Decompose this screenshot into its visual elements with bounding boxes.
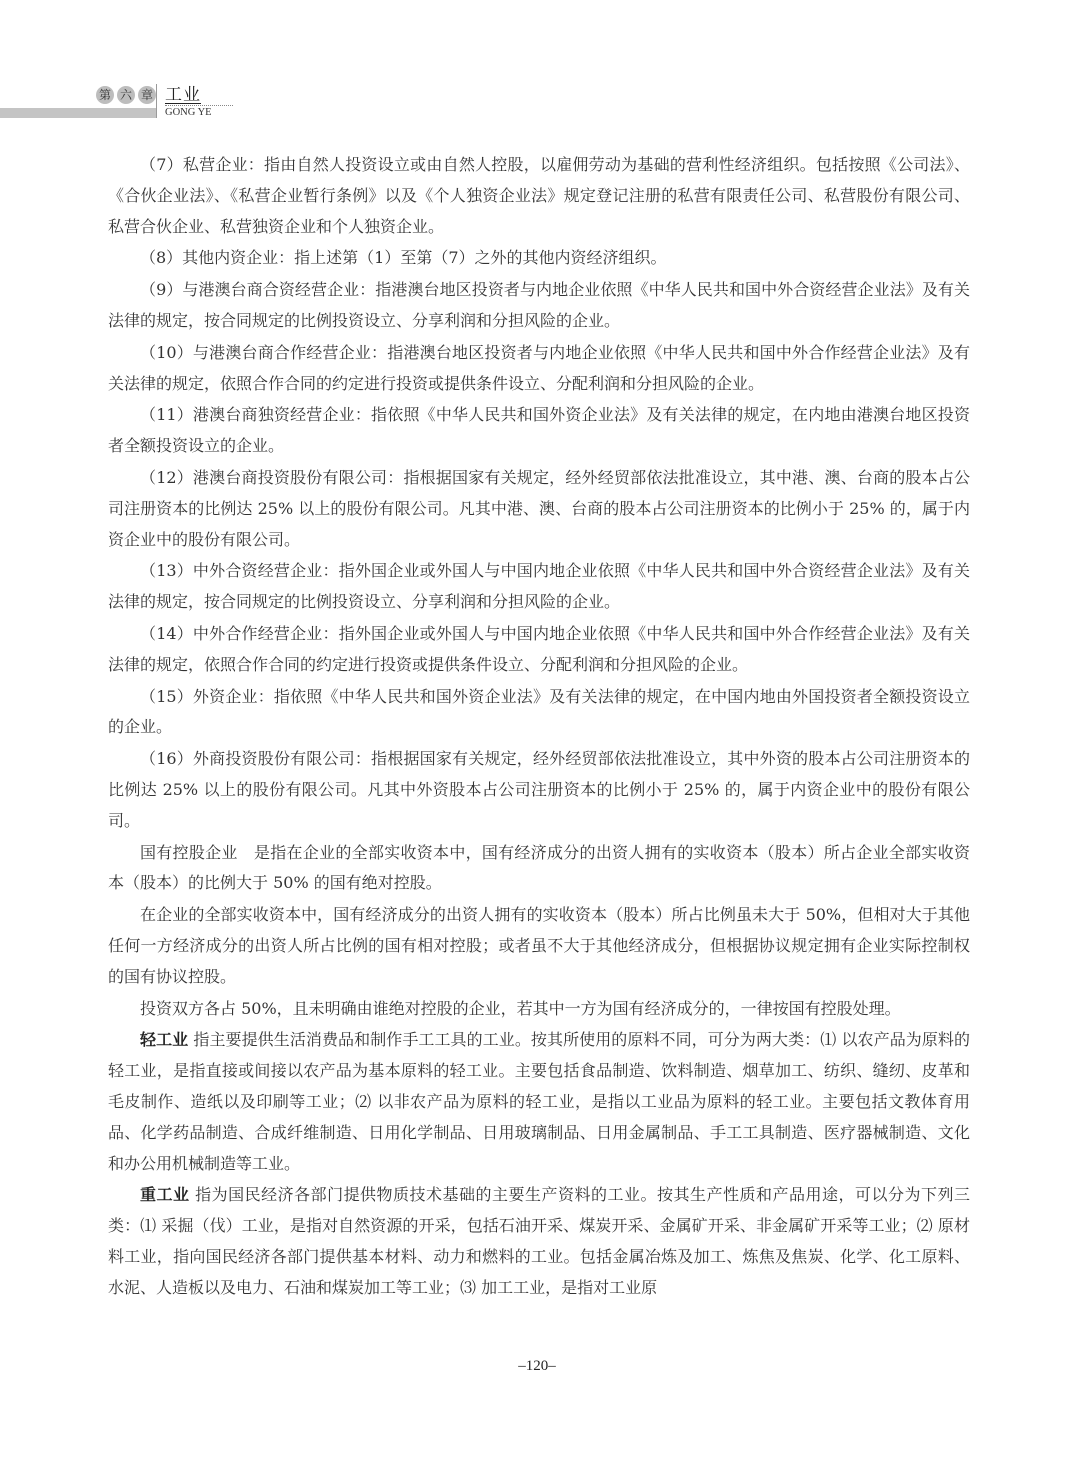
paragraph: （16）外商投资股份有限公司：指根据国家有关规定，经外经贸部依法批准设立，其中外… — [108, 744, 970, 836]
paragraph-light-industry: 轻工业 指主要提供生活消费品和制作手工工具的工业。按其所使用的原料不同，可分为两… — [108, 1025, 970, 1179]
paragraph-heavy-industry: 重工业 指为国民经济各部门提供物质技术基础的主要生产资料的工业。按其生产性质和产… — [108, 1180, 970, 1303]
term-heading: 重工业 — [140, 1185, 190, 1204]
paragraph: （10）与港澳台商合作经营企业：指港澳台地区投资者与内地企业依照《中华人民共和国… — [108, 338, 970, 400]
paragraph-text: （14）中外合作经营企业：指外国企业或外国人与中国内地企业依照《中华人民共和国中… — [108, 624, 970, 674]
paragraph-text: （10）与港澳台商合作经营企业：指港澳台地区投资者与内地企业依照《中华人民共和国… — [108, 343, 970, 393]
header-gray-bar — [0, 108, 156, 118]
paragraph-text: （16）外商投资股份有限公司：指根据国家有关规定，经外经贸部依法批准设立，其中外… — [108, 749, 970, 830]
chapter-title: 工业 — [165, 80, 201, 105]
chapter-char-badge: 章 — [138, 86, 156, 104]
body-text: （7）私营企业：指由自然人投资设立或由自然人控股，以雇佣劳动为基础的营利性经济组… — [108, 150, 970, 1303]
paragraph-text: 投资双方各占 50%，且未明确由谁绝对控股的企业，若其中一方为国有经济成分的，一… — [140, 999, 901, 1018]
paragraph-text: （13）中外合资经营企业：指外国企业或外国人与中国内地企业依照《中华人民共和国中… — [108, 561, 970, 611]
paragraph: （14）中外合作经营企业：指外国企业或外国人与中国内地企业依照《中华人民共和国中… — [108, 619, 970, 681]
paragraph-text: （9）与港澳台商合资经营企业：指港澳台地区投资者与内地企业依照《中华人民共和国中… — [108, 280, 970, 330]
paragraph: （12）港澳台商投资股份有限公司：指根据国家有关规定，经外经贸部依法批准设立，其… — [108, 463, 970, 555]
paragraph-text: 指为国民经济各部门提供物质技术基础的主要生产资料的工业。按其生产性质和产品用途，… — [108, 1185, 970, 1296]
chapter-label: 第 六 章 — [96, 86, 156, 104]
dotted-rule — [165, 105, 233, 106]
chapter-char-badge: 六 — [117, 86, 135, 104]
paragraph-text: 在企业的全部实收资本中，国有经济成分的出资人拥有的实收资本（股本）所占比例虽未大… — [108, 905, 970, 986]
chapter-char-badge: 第 — [96, 86, 114, 104]
paragraph: 国有控股企业 是指在企业的全部实收资本中，国有经济成分的出资人拥有的实收资本（股… — [108, 838, 970, 900]
paragraph: （13）中外合资经营企业：指外国企业或外国人与中国内地企业依照《中华人民共和国中… — [108, 556, 970, 618]
page-number: –120– — [0, 1358, 1074, 1375]
paragraph: 投资双方各占 50%，且未明确由谁绝对控股的企业，若其中一方为国有经济成分的，一… — [108, 994, 970, 1025]
term-heading: 轻工业 — [140, 1030, 188, 1049]
header-divider — [156, 84, 157, 118]
paragraph: （8）其他内资企业：指上述第（1）至第（7）之外的其他内资经济组织。 — [108, 243, 970, 274]
paragraph-text: （12）港澳台商投资股份有限公司：指根据国家有关规定，经外经贸部依法批准设立，其… — [108, 468, 970, 549]
paragraph: 在企业的全部实收资本中，国有经济成分的出资人拥有的实收资本（股本）所占比例虽未大… — [108, 900, 970, 992]
paragraph: （11）港澳台商独资经营企业：指依照《中华人民共和国外资企业法》及有关法律的规定… — [108, 400, 970, 462]
paragraph-text: （7）私营企业：指由自然人投资设立或由自然人控股，以雇佣劳动为基础的营利性经济组… — [108, 155, 970, 236]
paragraph: （9）与港澳台商合资经营企业：指港澳台地区投资者与内地企业依照《中华人民共和国中… — [108, 275, 970, 337]
paragraph-text: 指主要提供生活消费品和制作手工工具的工业。按其所使用的原料不同，可分为两大类：⑴… — [108, 1030, 970, 1172]
paragraph-text: （8）其他内资企业：指上述第（1）至第（7）之外的其他内资经济组织。 — [140, 248, 667, 267]
running-header: 第 六 章 工业 GONG YE — [0, 70, 400, 120]
chapter-subtitle: GONG YE — [165, 107, 212, 118]
paragraph: （7）私营企业：指由自然人投资设立或由自然人控股，以雇佣劳动为基础的营利性经济组… — [108, 150, 970, 242]
paragraph-text: （15）外资企业：指依照《中华人民共和国外资企业法》及有关法律的规定，在中国内地… — [108, 687, 970, 737]
paragraph: （15）外资企业：指依照《中华人民共和国外资企业法》及有关法律的规定，在中国内地… — [108, 682, 970, 744]
paragraph-text: 国有控股企业 是指在企业的全部实收资本中，国有经济成分的出资人拥有的实收资本（股… — [108, 843, 970, 893]
paragraph-text: （11）港澳台商独资经营企业：指依照《中华人民共和国外资企业法》及有关法律的规定… — [108, 405, 970, 455]
